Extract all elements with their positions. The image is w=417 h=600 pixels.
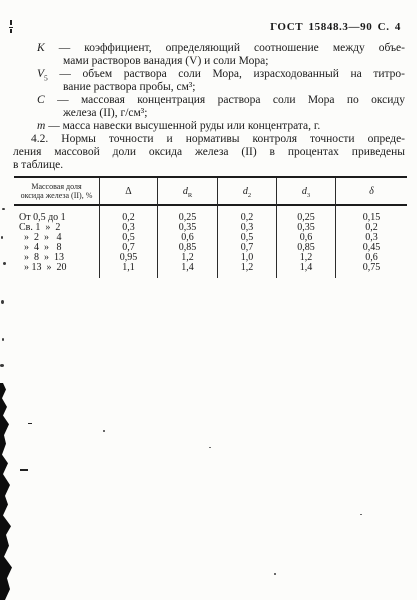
table-cell: 0,2 — [217, 206, 276, 223]
definition-text: масса навески высушенной руды или концен… — [63, 120, 321, 132]
scan-artifact — [10, 29, 12, 33]
scan-artifact — [28, 423, 32, 424]
table-cell: 0,75 — [335, 263, 407, 278]
scan-artifact — [10, 20, 12, 25]
col-header-mass-fraction: Массовая доля оксида железа (II), % — [14, 178, 99, 206]
scan-artifact — [20, 469, 28, 471]
scan-speckle — [274, 573, 276, 575]
col-header-d3: d3 — [276, 178, 335, 206]
precision-norms-table: Массовая доля оксида железа (II), % Δ dR… — [14, 176, 407, 278]
table-cell: 0,15 — [335, 206, 407, 223]
definition-C: С — массовая концентрация раствора соли … — [13, 94, 405, 120]
paragraph-line: ления массовой доли оксида железа (II) в… — [13, 146, 405, 159]
scan-speckle — [1, 236, 3, 239]
definition-text: объем раствора соли Мора, израсходованны… — [83, 68, 406, 80]
scan-artifact — [9, 27, 13, 28]
scan-speckle — [360, 514, 362, 515]
col-header-d2: d2 — [217, 178, 276, 206]
scan-speckle — [209, 447, 211, 448]
definition-text: массовая концентрация раствора соли Мора… — [81, 94, 405, 106]
definition-text: вание раствора пробы, см³; — [13, 81, 405, 94]
paragraph-4-2: 4.2. Нормы точности и нормативы контроля… — [13, 133, 405, 172]
scan-speckle — [1, 300, 4, 304]
col-header-dR: dR — [157, 178, 217, 206]
symbol-C: С — — [37, 94, 69, 106]
scan-speckle — [2, 338, 4, 341]
scanned-document-page: ГОСТ 15848.3—90 С. 4 К — коэффициент, оп… — [0, 0, 417, 600]
table-cell: 1,4 — [157, 263, 217, 278]
body-text: К — коэффициент, определяющий соотношени… — [13, 42, 405, 172]
page-header-standard-number: ГОСТ 15848.3—90 С. 4 — [270, 21, 401, 33]
table-row-label: От 0,5 до 1 — [14, 206, 99, 223]
scan-speckle — [3, 262, 6, 265]
paragraph-line: в таблице. — [13, 159, 405, 172]
table-cell: 0,2 — [99, 206, 157, 223]
definition-text: железа (II), г/см³; — [13, 107, 405, 120]
table-cell: 0,25 — [157, 206, 217, 223]
symbol-m: m — — [37, 120, 60, 132]
scan-speckle — [103, 430, 105, 432]
table-cell: 1,1 — [99, 263, 157, 278]
scan-speckle — [2, 208, 5, 210]
col-header-delta-small: δ — [335, 178, 407, 206]
table-cell: 0,25 — [276, 206, 335, 223]
definition-V5: V5 — объем раствора соли Мора, израсходо… — [13, 68, 405, 94]
definition-text: коэффициент, определяющий соотношение ме… — [84, 42, 405, 54]
scan-speckle — [0, 364, 4, 367]
table-cell: 1,4 — [276, 263, 335, 278]
col-header-delta: Δ — [99, 178, 157, 206]
table-row-label: » 13 » 20 — [14, 263, 99, 278]
definition-K: К — коэффициент, определяющий соотношени… — [13, 42, 405, 68]
paragraph-line: 4.2. Нормы точности и нормативы контроля… — [13, 133, 405, 146]
definition-m: m — масса навески высушенной руды или ко… — [13, 120, 405, 133]
table-cell: 1,2 — [217, 263, 276, 278]
symbol-V5: V5 — — [37, 68, 71, 80]
scan-noise-left-edge — [0, 383, 13, 600]
symbol-K: К — — [37, 42, 70, 54]
definition-text: мами растворов ванадия (V) и соли Мора; — [13, 55, 405, 68]
